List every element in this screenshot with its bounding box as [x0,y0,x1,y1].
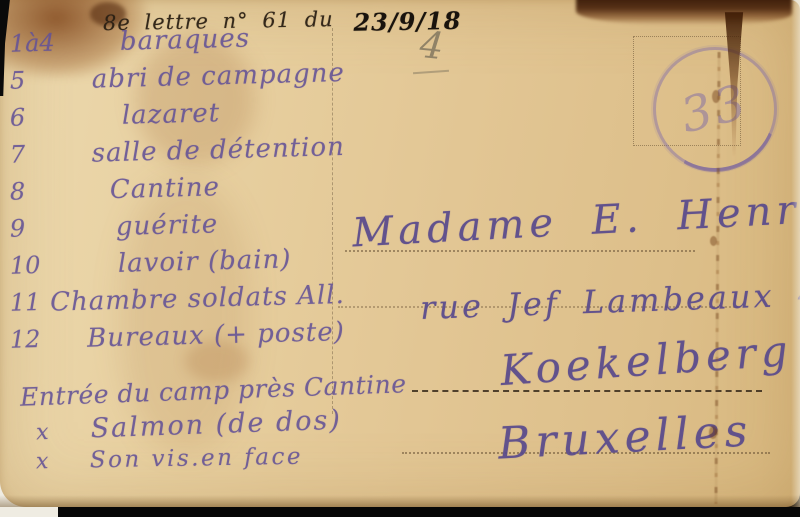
censor-postmark-circle: 33 [653,47,777,171]
legend-label: baraques [119,23,250,63]
legend-number: 6 [0,101,98,141]
card-bottom-edge-shadow [0,495,800,507]
pencil-mark: 4 [418,23,446,68]
address-ruled-line-3 [412,390,762,392]
legend-label: lavoir (bain) [117,244,292,286]
address-line-recipient: Madame E. Henry [351,186,800,257]
legend-number: 10 [0,249,98,289]
legend-number: 7 [0,139,86,178]
footnote-line: x Son vis.en face [36,444,303,475]
address-line-street: rue Jef Lambeaux 4 [419,275,800,327]
scanned-postcard-back: 33 8e lettre n° 61 du 23/9/18 4 1à4 bara… [0,0,800,517]
postcard: 33 8e lettre n° 61 du 23/9/18 4 1à4 bara… [0,0,800,507]
card-right-edge-highlight [791,0,800,507]
stain-top-edge-band [576,0,792,25]
footnote-text: Salmon (de dos) [90,405,342,445]
footnote-text: Entrée du camp près Cantine [20,369,407,411]
legend-number: 9 [0,212,98,252]
legend-row: 12 Bureaux (+ poste) [0,317,345,363]
legend-label: Cantine [109,172,220,212]
footnote-text: Son vis.en face [90,444,304,474]
legend-number: 11 [0,288,51,326]
legend-number: 12 [0,324,88,363]
legend-number: 8 [0,175,98,215]
footnote-line: x Salmon (de dos) [36,405,343,447]
pencil-mark-underline [413,70,449,75]
legend-list: 1à4 baraques 5 abri de campagne 6 lazare… [0,30,345,363]
crease-spot [710,236,717,246]
address-line-locality: Koekelberg [499,326,795,395]
legend-number: 5 [0,65,82,104]
legend-label: Bureaux (+ poste) [87,317,346,361]
footnote-line: Entrée du camp près Cantine [20,369,407,411]
legend-label: guérite [115,209,218,249]
footnote-marker: x [36,449,80,475]
footnote-marker: x [36,419,81,446]
legend-label: lazaret [121,98,220,138]
crease-spot [709,426,717,439]
crease-spot [712,90,720,103]
legend-number: 1à4 [0,27,98,67]
